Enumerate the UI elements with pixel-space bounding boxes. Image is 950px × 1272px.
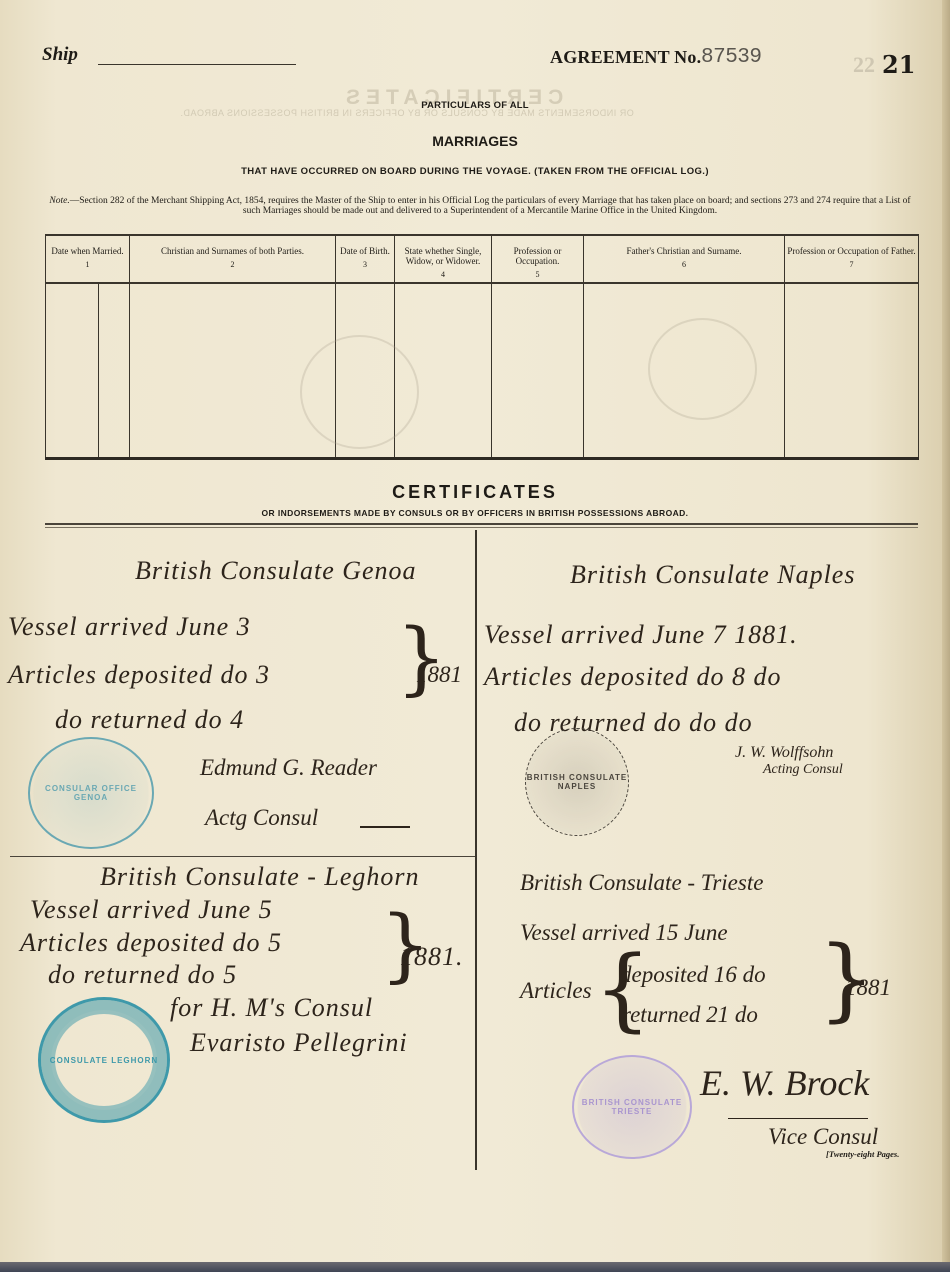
- signature-flourish: [728, 1118, 868, 1119]
- column-divider: [475, 530, 477, 1170]
- return-line: do returned do 5: [48, 960, 237, 990]
- note-text: —Section 282 of the Merchant Shipping Ac…: [70, 196, 911, 216]
- marriages-title: MARRIAGES: [0, 133, 950, 149]
- signatory-title: Vice Consul: [768, 1124, 878, 1150]
- signature-flourish: [360, 826, 410, 828]
- arrival-line: Vessel arrived June 3: [8, 612, 251, 642]
- consulate-heading: British Consulate - Trieste: [520, 870, 763, 896]
- page-edge: [942, 0, 950, 1272]
- arrival-line: Vessel arrived June 5: [30, 895, 273, 925]
- particulars-heading: PARTICULARS OF ALL: [0, 100, 950, 111]
- consulate-heading: British Consulate - Leghorn: [100, 862, 420, 892]
- signature: J. W. Wolffsohn: [735, 744, 833, 762]
- table-cell: [46, 283, 130, 459]
- row-divider: [10, 856, 475, 857]
- signature-prefix: for H. M's Consul: [170, 993, 373, 1023]
- deposit-line: Articles deposited do 8 do: [484, 662, 782, 692]
- legal-note: Note.—Section 282 of the Merchant Shippi…: [40, 196, 920, 216]
- consular-stamp-trieste: BRITISH CONSULATE TRIESTE: [572, 1055, 692, 1159]
- return-line: do returned do 4: [55, 705, 244, 735]
- signatory-title: Actg Consul: [205, 805, 318, 831]
- consular-stamp-naples: BRITISH CONSULATE NAPLES: [525, 728, 629, 836]
- year: 1881.: [400, 942, 464, 972]
- year: 1881: [416, 662, 462, 688]
- column-header: Date of Birth.3: [336, 235, 395, 283]
- ship-name-field: [98, 64, 296, 65]
- column-header: Christian and Surnames of both Parties.2: [130, 235, 336, 283]
- consulate-heading: British Consulate Naples: [570, 560, 855, 590]
- ship-label: Ship: [42, 44, 78, 66]
- consulate-heading: British Consulate Genoa: [135, 556, 417, 586]
- deposit-line: deposited 16 do: [620, 962, 766, 988]
- year: 1881: [845, 975, 891, 1001]
- signature: Edmund G. Reader: [200, 755, 377, 781]
- column-header: Date when Married.1: [46, 235, 130, 283]
- signature: E. W. Brock: [700, 1062, 869, 1104]
- divider: [45, 523, 918, 525]
- consular-stamp-leghorn: CONSULATE LEGHORN: [38, 997, 170, 1123]
- column-header: State whether Single, Widow, or Widower.…: [395, 235, 492, 283]
- table-cell: [492, 283, 584, 459]
- page-count-note: [Twenty-eight Pages.: [826, 1149, 899, 1159]
- return-line: do returned do do do: [514, 708, 753, 738]
- marriages-table: Date when Married.1 Christian and Surnam…: [45, 234, 919, 460]
- table-header-row: Date when Married.1 Christian and Surnam…: [46, 235, 919, 283]
- certificates-title: CERTIFICATES: [0, 482, 950, 503]
- divider: [45, 527, 918, 528]
- consular-stamp-genoa: CONSULAR OFFICE GENOA: [28, 737, 154, 849]
- return-line: returned 21 do: [622, 1002, 758, 1028]
- bleed-through-stamp: [648, 318, 757, 420]
- signatory-title: Acting Consul: [763, 762, 843, 778]
- agreement-label: AGREEMENT No.: [550, 47, 701, 68]
- page-number: 21: [882, 50, 915, 79]
- cell-divider: [98, 284, 99, 457]
- deposit-line: Articles deposited do 5: [20, 928, 282, 958]
- articles-label: Articles: [520, 978, 592, 1004]
- certificates-subtitle: OR INDORSEMENTS MADE BY CONSULS OR BY OF…: [0, 508, 950, 518]
- document-page: Ship AGREEMENT No. 87539 22 21 CERTIFICA…: [0, 0, 942, 1262]
- page-number-ghost: 22: [853, 52, 875, 78]
- column-header: Father's Christian and Surname.6: [584, 235, 785, 283]
- bottom-edge: [0, 1262, 950, 1272]
- deposit-line: Articles deposited do 3: [8, 660, 270, 690]
- marriages-subtitle: THAT HAVE OCCURRED ON BOARD DURING THE V…: [0, 166, 950, 177]
- signature: Evaristo Pellegrini: [190, 1028, 408, 1058]
- agreement-number: 87539: [701, 46, 762, 69]
- table-cell: [785, 283, 919, 459]
- arrival-line: Vessel arrived June 7 1881.: [484, 620, 798, 650]
- bleed-through-stamp: [300, 335, 419, 449]
- column-header: Profession or Occupation of Father.7: [785, 235, 919, 283]
- table-row-empty: [46, 283, 919, 459]
- note-lead: Note.: [49, 196, 69, 206]
- column-header: Profession or Occupation.5: [492, 235, 584, 283]
